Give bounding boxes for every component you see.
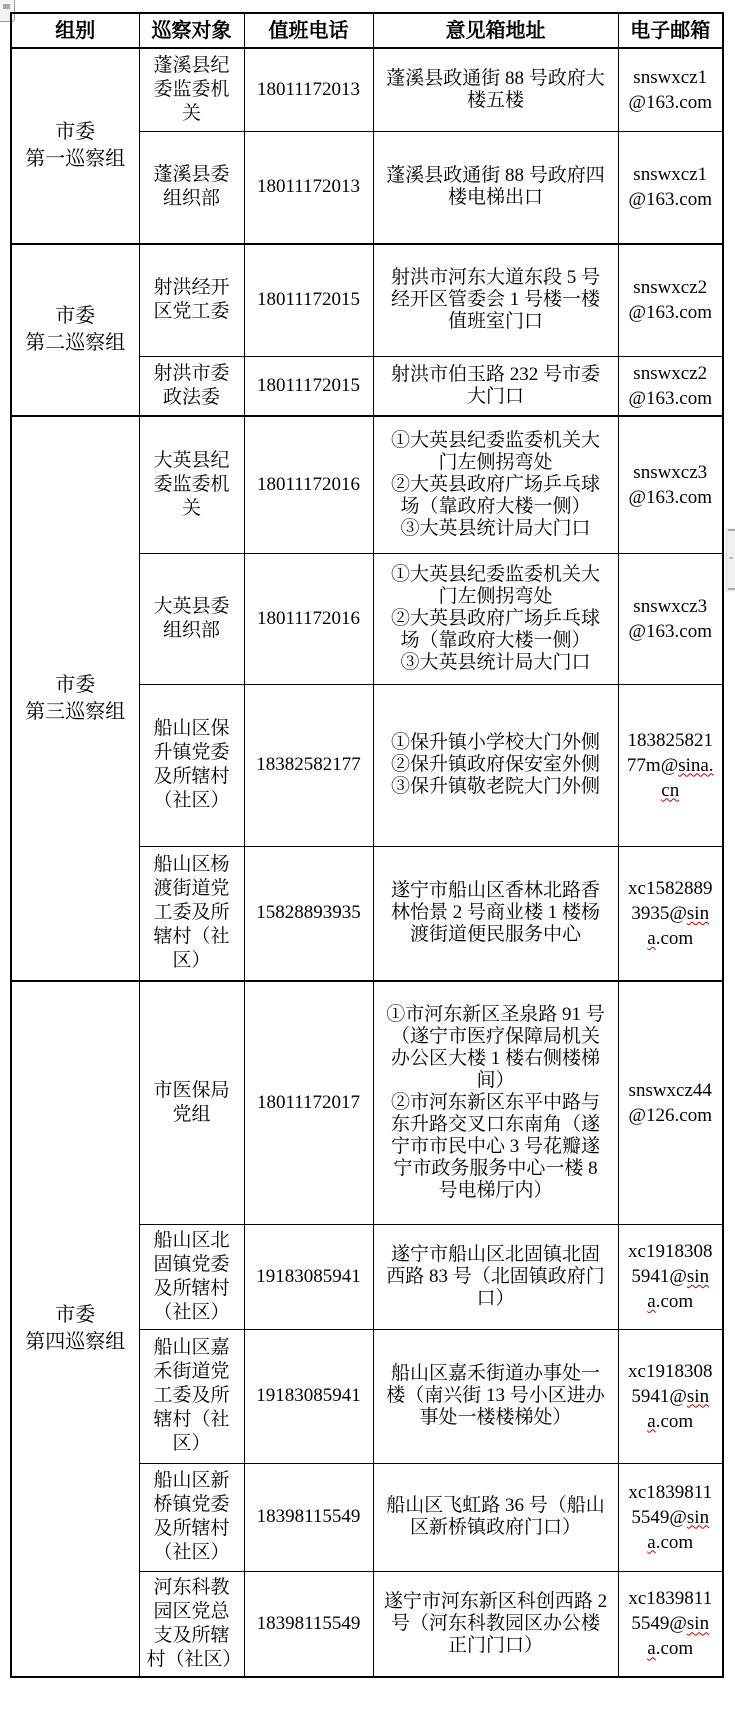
email-cell: snswxcz1@163.com — [618, 131, 723, 244]
address-cell: 蓬溪县政通街 88 号政府四楼电梯出口 — [373, 131, 618, 244]
column-header-phone: 值班电话 — [244, 13, 373, 48]
target-cell: 船山区新桥镇党委及所辖村（社区） — [139, 1463, 244, 1571]
phone-cell: 18398115549 — [244, 1463, 373, 1571]
email-cell: snswxcz2@163.com — [618, 356, 723, 416]
phone-cell: 18011172016 — [244, 553, 373, 684]
email-cell: snswxcz1@163.com — [618, 48, 723, 131]
target-cell: 射洪市委政法委 — [139, 356, 244, 416]
target-cell: 河东科教园区党总支及所辖村（社区） — [139, 1571, 244, 1677]
phone-cell: 18011172015 — [244, 244, 373, 356]
address-cell: ①保升镇小学校大门外侧 ②保升镇政府保安室外侧 ③保升镇敬老院大门外侧 — [373, 684, 618, 846]
target-cell: 蓬溪县纪委监委机关 — [139, 48, 244, 131]
phone-cell: 18398115549 — [244, 1571, 373, 1677]
table-row: 市委 第三巡察组 大英县纪委监委机关 18011172016 ①大英县纪委监委机… — [11, 416, 723, 553]
target-cell: 船山区嘉禾街道党工委及所辖村（社区） — [139, 1329, 244, 1463]
target-cell: 船山区北固镇党委及所辖村（社区） — [139, 1224, 244, 1329]
email-cell: 18382582177m@sina.cn — [618, 684, 723, 846]
phone-cell: 18382582177 — [244, 684, 373, 846]
scrollbar-down-arrow-icon — [728, 588, 735, 590]
vertical-scrollbar[interactable] — [726, 528, 735, 592]
target-cell: 大英县纪委监委机关 — [139, 416, 244, 553]
email-cell: xc19183085941@sina.com — [618, 1224, 723, 1329]
inspection-contact-table: 组别 巡察对象 值班电话 意见箱地址 电子邮箱 市委 第一巡察组 蓬溪县纪委监委… — [10, 12, 724, 1678]
phone-cell: 18011172015 — [244, 356, 373, 416]
table-row: 市委 第一巡察组 蓬溪县纪委监委机关 18011172013 蓬溪县政通街 88… — [11, 48, 723, 131]
address-cell: 遂宁市河东新区科创西路 2 号（河东科教园区办公楼正门门口） — [373, 1571, 618, 1677]
address-cell: 船山区飞虹路 36 号（船山区新桥镇政府门口） — [373, 1463, 618, 1571]
target-cell: 船山区杨渡街道党工委及所辖村（社区） — [139, 846, 244, 981]
phone-cell: 19183085941 — [244, 1329, 373, 1463]
address-cell: ①市河东新区圣泉路 91 号（遂宁市医疗保障局机关办公区大楼 1 楼右侧楼梯间）… — [373, 981, 618, 1224]
target-cell: 大英县委组织部 — [139, 553, 244, 684]
email-cell: snswxcz3@163.com — [618, 416, 723, 553]
table-row: 市委 第二巡察组 射洪经开区党工委 18011172015 射洪市河东大道东段 … — [11, 244, 723, 356]
group-cell: 市委 第一巡察组 — [11, 48, 139, 244]
target-cell: 射洪经开区党工委 — [139, 244, 244, 356]
group-cell: 市委 第三巡察组 — [11, 416, 139, 981]
scrollbar-up-arrow-icon — [728, 529, 735, 531]
group-cell: 市委 第二巡察组 — [11, 244, 139, 416]
table-header-row: 组别 巡察对象 值班电话 意见箱地址 电子邮箱 — [11, 13, 723, 48]
target-cell: 蓬溪县委组织部 — [139, 131, 244, 244]
address-cell: 射洪市河东大道东段 5 号经开区管委会 1 号楼一楼值班室门口 — [373, 244, 618, 356]
target-cell: 船山区保升镇党委及所辖村（社区） — [139, 684, 244, 846]
address-cell: 船山区嘉禾街道办事处一楼（南兴街 13 号小区进办事处一楼楼梯处） — [373, 1329, 618, 1463]
phone-cell: 18011172013 — [244, 131, 373, 244]
phone-cell: 15828893935 — [244, 846, 373, 981]
email-cell: xc18398115549@sina.com — [618, 1571, 723, 1677]
phone-cell: 19183085941 — [244, 1224, 373, 1329]
email-cell: snswxcz3@163.com — [618, 553, 723, 684]
email-cell: snswxcz44@126.com — [618, 981, 723, 1224]
address-cell: 遂宁市船山区香林北路香林怡景 2 号商业楼 1 楼杨渡街道便民服务中心 — [373, 846, 618, 981]
table-row: 市委 第四巡察组 市医保局党组 18011172017 ①市河东新区圣泉路 91… — [11, 981, 723, 1224]
phone-cell: 18011172016 — [244, 416, 373, 553]
scrollbar-grip-icon — [729, 557, 733, 559]
address-cell: 射洪市伯玉路 232 号市委大门口 — [373, 356, 618, 416]
column-header-address: 意见箱地址 — [373, 13, 618, 48]
email-cell: xc19183085941@sina.com — [618, 1329, 723, 1463]
target-cell: 市医保局党组 — [139, 981, 244, 1224]
phone-cell: 18011172017 — [244, 981, 373, 1224]
phone-cell: 18011172013 — [244, 48, 373, 131]
address-cell: 遂宁市船山区北固镇北固西路 83 号（北固镇政府门口） — [373, 1224, 618, 1329]
column-header-target: 巡察对象 — [139, 13, 244, 48]
email-cell: snswxcz2@163.com — [618, 244, 723, 356]
group-cell: 市委 第四巡察组 — [11, 981, 139, 1677]
email-cell: xc15828893935@sina.com — [618, 846, 723, 981]
address-cell: 蓬溪县政通街 88 号政府大楼五楼 — [373, 48, 618, 131]
column-header-email: 电子邮箱 — [618, 13, 723, 48]
address-cell: ①大英县纪委监委机关大门左侧拐弯处 ②大英县政府广场乒乓球场（靠政府大楼一侧） … — [373, 553, 618, 684]
address-cell: ①大英县纪委监委机关大门左侧拐弯处 ②大英县政府广场乒乓球场（靠政府大楼一侧） … — [373, 416, 618, 553]
email-cell: xc18398115549@sina.com — [618, 1463, 723, 1571]
column-header-group: 组别 — [11, 13, 139, 48]
corner-fragment-icon — [3, 4, 10, 9]
